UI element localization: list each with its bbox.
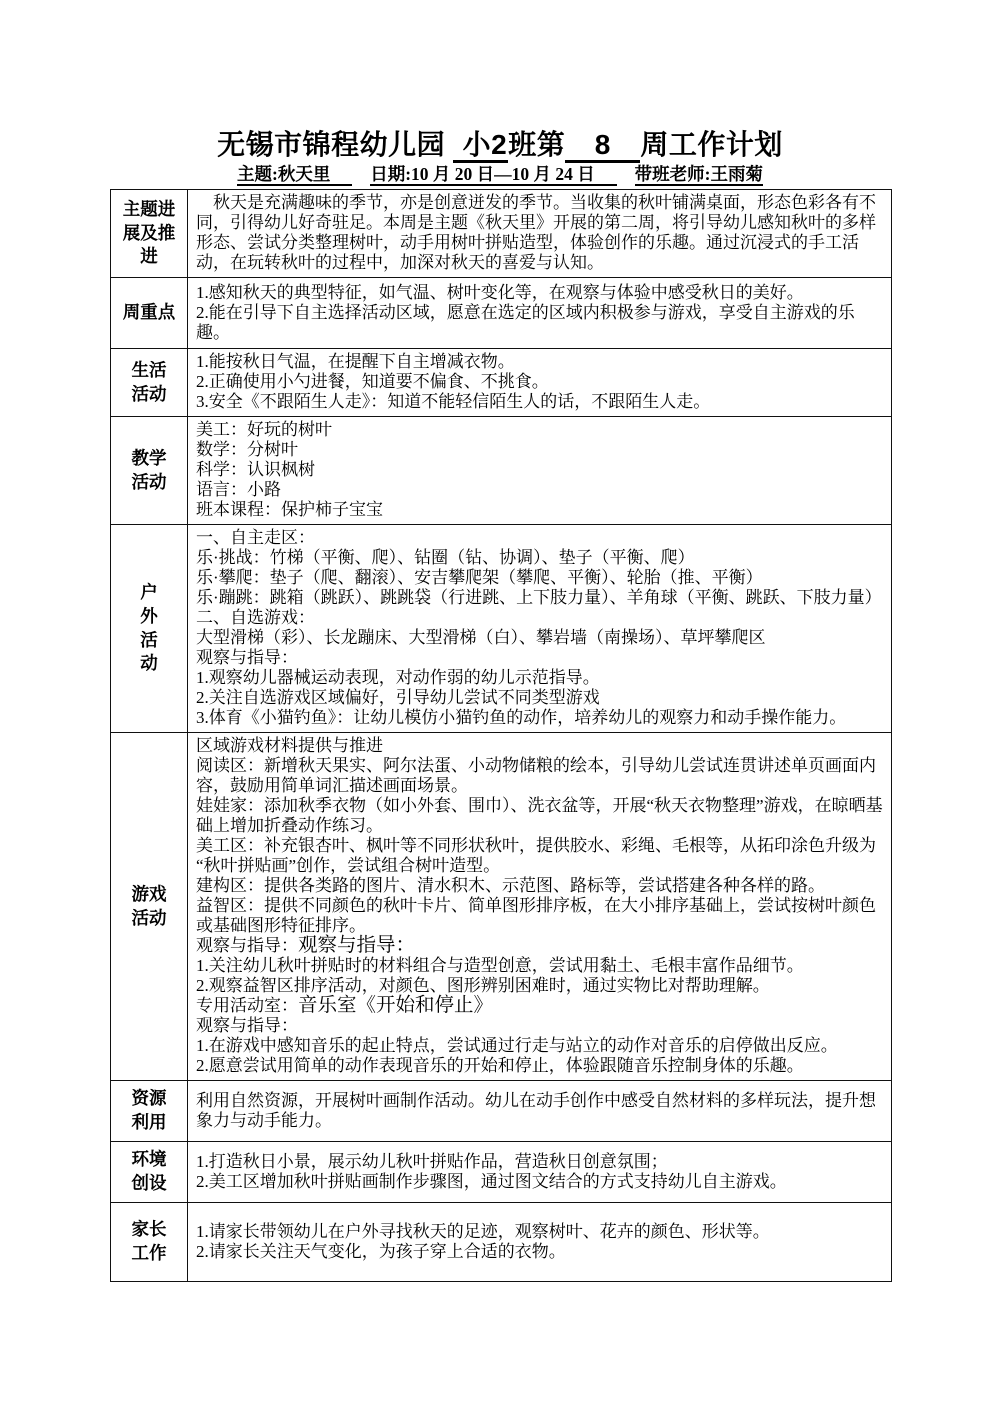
row-label: 家长 工作 (111, 1203, 188, 1282)
underlined-segment: 小2 (453, 129, 508, 163)
paragraph: 区域游戏材料提供与推进 (196, 736, 885, 756)
text-segment: 2.能在引导下自主选择活动区域，愿意在选定的区域内积极参与游戏，享受自主游戏的乐… (196, 303, 855, 342)
paragraph: 观察与指导： (196, 1016, 885, 1036)
paragraph: 观察与指导：观察与指导： (196, 936, 885, 956)
text-segment-large: 观察与指导： (298, 935, 415, 956)
text-segment: 1.请家长带领幼儿在户外寻找秋天的足迹，观察树叶、花卉的颜色、形状等。 (196, 1222, 770, 1241)
paragraph: 二、自选游戏： (196, 608, 885, 628)
text-segment: 建构区：提供各类路的图片、清水积木、示范图、路标等，尝试搭建各种各样的路。 (196, 876, 825, 895)
text-segment: 2.关注自选游戏区域偏好，引导幼儿尝试不同类型游戏 (196, 688, 600, 707)
paragraph: 建构区：提供各类路的图片、清水积木、示范图、路标等，尝试搭建各种各样的路。 (196, 876, 885, 896)
underlined-segment: 带班老师:王雨菊 (635, 164, 763, 186)
row-content: 1.感知秋天的典型特征，如气温、树叶变化等，在观察与体验中感受秋日的美好。2.能… (188, 278, 892, 349)
paragraph: 2.愿意尝试用简单的动作表现音乐的开始和停止，体验跟随音乐控制身体的乐趣。 (196, 1056, 885, 1076)
underlined-segment: 日期:10 月 20 日—10 月 24 日 (370, 164, 616, 186)
text-segment: 乐·蹦跳：跳箱（跳跃）、跳跳袋（行进跳、上下肢力量）、羊角球（平衡、跳跃、下肢力… (196, 588, 882, 607)
paragraph: 益智区：提供不同颜色的秋叶卡片、简单图形排序板，在大小排序基础上，尝试按树叶颜色… (196, 896, 885, 936)
paragraph: 2.美工区增加秋叶拼贴画制作步骤图，通过图文结合的方式支持幼儿自主游戏。 (196, 1172, 885, 1192)
paragraph: 美工：好玩的树叶 (196, 420, 885, 440)
row-label: 生活 活动 (111, 349, 188, 417)
row-label: 资源 利用 (111, 1081, 188, 1142)
weekly-plan-table: 主题进展及推进 秋天是充满趣味的季节，亦是创意迸发的季节。当收集的秋叶铺满桌面，… (110, 189, 892, 1282)
table-row-parent-work: 家长 工作 1.请家长带领幼儿在户外寻找秋天的足迹，观察树叶、花卉的颜色、形状等… (111, 1203, 892, 1282)
row-label: 户 外 活 动 (111, 525, 188, 733)
paragraph: 数学：分树叶 (196, 440, 885, 460)
paragraph: 专用活动室：音乐室《开始和停止》 (196, 996, 885, 1016)
row-label: 周重点 (111, 278, 188, 349)
row-label: 教学 活动 (111, 417, 188, 525)
text-segment: 班本课程：保护柿子宝宝 (196, 500, 383, 519)
text-segment: 二、自选游戏： (196, 608, 315, 627)
underlined-segment: 8 (565, 129, 640, 163)
text-segment: 2.美工区增加秋叶拼贴画制作步骤图，通过图文结合的方式支持幼儿自主游戏。 (196, 1172, 787, 1191)
paragraph: 1.感知秋天的典型特征，如气温、树叶变化等，在观察与体验中感受秋日的美好。 (196, 283, 885, 303)
paragraph: 1.打造秋日小景，展示幼儿秋叶拼贴作品，营造秋日创意氛围； (196, 1152, 885, 1172)
text-segment: 大型滑梯（彩）、长龙蹦床、大型滑梯（白）、攀岩墙（南操场）、草坪攀爬区 (196, 628, 766, 647)
row-content: 1.请家长带领幼儿在户外寻找秋天的足迹，观察树叶、花卉的颜色、形状等。2.请家长… (188, 1203, 892, 1282)
text-segment: 2.愿意尝试用简单的动作表现音乐的开始和停止，体验跟随音乐控制身体的乐趣。 (196, 1056, 804, 1075)
text-segment: 阅读区：新增秋天果实、阿尔法蛋、小动物储粮的绘本，引导幼儿尝试连贯讲述单页画面内… (196, 756, 876, 795)
paragraph: 观察与指导： (196, 648, 885, 668)
paragraph: 乐·蹦跳：跳箱（跳跃）、跳跳袋（行进跳、上下肢力量）、羊角球（平衡、跳跃、下肢力… (196, 588, 885, 608)
table-row-game-activities: 游戏 活动 区域游戏材料提供与推进阅读区：新增秋天果实、阿尔法蛋、小动物储粮的绘… (111, 733, 892, 1081)
text-segment: 语言：小路 (196, 480, 281, 499)
page-subtitle: 主题:秋天里 日期:10 月 20 日—10 月 24 日 带班老师:王雨菊 (0, 163, 1000, 185)
text-segment: 观察与指导： (196, 648, 298, 667)
row-label: 环境 创设 (111, 1142, 188, 1203)
text-segment: 2.观察益智区排序活动，对颜色、图形辨别困难时，通过实物比对帮助理解。 (196, 976, 770, 995)
paragraph: 3.安全《不跟陌生人走》：知道不能轻信陌生人的话，不跟陌生人走。 (196, 392, 885, 412)
text-segment: 周工作计划 (640, 129, 783, 160)
text-segment: 一、自主走区： (196, 528, 315, 547)
text-segment: 班第 (508, 129, 565, 160)
text-segment: 2.请家长关注天气变化，为孩子穿上合适的衣物。 (196, 1242, 566, 1261)
text-segment: 益智区：提供不同颜色的秋叶卡片、简单图形排序板，在大小排序基础上，尝试按树叶颜色… (196, 896, 876, 935)
table-row-resource-use: 资源 利用 利用自然资源，开展树叶画制作活动。幼儿在动手创作中感受自然材料的多样… (111, 1081, 892, 1142)
text-segment: 娃娃家：添加秋季衣物（如小外套、围巾）、洗衣盆等，开展“秋天衣物整理”游戏，在晾… (196, 796, 883, 835)
page: 无锡市锦程幼儿园 小2班第 8 周工作计划 主题:秋天里 日期:10 月 20 … (0, 0, 1000, 1401)
text-segment: 观察与指导： (196, 1016, 298, 1035)
text-segment-large: 音乐室《开始和停止》 (298, 995, 493, 1016)
table-row-week-focus: 周重点 1.感知秋天的典型特征，如气温、树叶变化等，在观察与体验中感受秋日的美好… (111, 278, 892, 349)
paragraph: 语言：小路 (196, 480, 885, 500)
text-segment: 利用自然资源，开展树叶画制作活动。幼儿在动手创作中感受自然材料的多样玩法，提升想… (196, 1091, 876, 1130)
paragraph: 娃娃家：添加秋季衣物（如小外套、围巾）、洗衣盆等，开展“秋天衣物整理”游戏，在晾… (196, 796, 885, 836)
text-segment: 乐·攀爬：垫子（爬、翻滚）、安吉攀爬架（攀爬、平衡）、轮胎（推、平衡） (196, 568, 763, 587)
text-segment: 3.安全《不跟陌生人走》：知道不能轻信陌生人的话，不跟陌生人走。 (196, 392, 710, 411)
paragraph: 1.能按秋日气温，在提醒下自主增减衣物。 (196, 352, 885, 372)
paragraph: 美工区：补充银杏叶、枫叶等不同形状秋叶，提供胶水、彩绳、毛根等，从拓印涂色升级为… (196, 836, 885, 876)
text-segment: 美工：好玩的树叶 (196, 420, 332, 439)
row-content: 区域游戏材料提供与推进阅读区：新增秋天果实、阿尔法蛋、小动物储粮的绘本，引导幼儿… (188, 733, 892, 1081)
row-content: 1.能按秋日气温，在提醒下自主增减衣物。2.正确使用小勺进餐，知道要不偏食、不挑… (188, 349, 892, 417)
text-segment: 1.关注幼儿秋叶拼贴时的材料组合与造型创意，尝试用黏土、毛根丰富作品细节。 (196, 956, 804, 975)
table-row-teaching-activities: 教学 活动 美工：好玩的树叶数学：分树叶科学：认识枫树语言：小路班本课程：保护柿… (111, 417, 892, 525)
text-segment: 区域游戏材料提供与推进 (196, 736, 383, 755)
text-segment: 1.感知秋天的典型特征，如气温、树叶变化等，在观察与体验中感受秋日的美好。 (196, 283, 804, 302)
table-row-outdoor-activities: 户 外 活 动 一、自主走区：乐·挑战：竹梯（平衡、爬）、钻圈（钻、协调）、垫子… (111, 525, 892, 733)
table-row-life-activities: 生活 活动 1.能按秋日气温，在提醒下自主增减衣物。2.正确使用小勺进餐，知道要… (111, 349, 892, 417)
row-content: 1.打造秋日小景，展示幼儿秋叶拼贴作品，营造秋日创意氛围；2.美工区增加秋叶拼贴… (188, 1142, 892, 1203)
text-segment: 乐·挑战：竹梯（平衡、爬）、钻圈（钻、协调）、垫子（平衡、爬） (196, 548, 695, 567)
text-segment: 2.正确使用小勺进餐，知道要不偏食、不挑食。 (196, 372, 549, 391)
text-segment: 1.能按秋日气温，在提醒下自主增减衣物。 (196, 352, 515, 371)
paragraph: 一、自主走区： (196, 528, 885, 548)
table-row-theme-progress: 主题进展及推进 秋天是充满趣味的季节，亦是创意迸发的季节。当收集的秋叶铺满桌面，… (111, 190, 892, 278)
text-segment: 专用活动室： (196, 996, 298, 1015)
paragraph: 乐·攀爬：垫子（爬、翻滚）、安吉攀爬架（攀爬、平衡）、轮胎（推、平衡） (196, 568, 885, 588)
paragraph: 2.正确使用小勺进餐，知道要不偏食、不挑食。 (196, 372, 885, 392)
row-content: 美工：好玩的树叶数学：分树叶科学：认识枫树语言：小路班本课程：保护柿子宝宝 (188, 417, 892, 525)
paragraph: 1.在游戏中感知音乐的起止特点，尝试通过行走与站立的动作对音乐的启停做出反应。 (196, 1036, 885, 1056)
paragraph: 乐·挑战：竹梯（平衡、爬）、钻圈（钻、协调）、垫子（平衡、爬） (196, 548, 885, 568)
paragraph: 大型滑梯（彩）、长龙蹦床、大型滑梯（白）、攀岩墙（南操场）、草坪攀爬区 (196, 628, 885, 648)
text-segment: 秋天是充满趣味的季节，亦是创意迸发的季节。当收集的秋叶铺满桌面，形态色彩各有不同… (196, 193, 876, 272)
paragraph: 2.观察益智区排序活动，对颜色、图形辨别困难时，通过实物比对帮助理解。 (196, 976, 885, 996)
table-row-environment-setup: 环境 创设 1.打造秋日小景，展示幼儿秋叶拼贴作品，营造秋日创意氛围；2.美工区… (111, 1142, 892, 1203)
text-segment: 3.体育《小猫钓鱼》：让幼儿模仿小猫钓鱼的动作，培养幼儿的观察力和动手操作能力。 (196, 708, 846, 727)
paragraph: 2.关注自选游戏区域偏好，引导幼儿尝试不同类型游戏 (196, 688, 885, 708)
paragraph: 秋天是充满趣味的季节，亦是创意迸发的季节。当收集的秋叶铺满桌面，形态色彩各有不同… (196, 193, 885, 273)
row-label: 游戏 活动 (111, 733, 188, 1081)
row-content: 利用自然资源，开展树叶画制作活动。幼儿在动手创作中感受自然材料的多样玩法，提升想… (188, 1081, 892, 1142)
text-segment: 无锡市锦程幼儿园 (217, 129, 453, 160)
text-segment: 观察与指导： (196, 936, 298, 955)
paragraph: 1.请家长带领幼儿在户外寻找秋天的足迹，观察树叶、花卉的颜色、形状等。 (196, 1222, 885, 1242)
page-title: 无锡市锦程幼儿园 小2班第 8 周工作计划 (0, 128, 1000, 162)
paragraph: 2.能在引导下自主选择活动区域，愿意在选定的区域内积极参与游戏，享受自主游戏的乐… (196, 303, 885, 343)
text-segment: 1.观察幼儿器械运动表现，对动作弱的幼儿示范指导。 (196, 668, 600, 687)
text-segment: 科学：认识枫树 (196, 460, 315, 479)
row-content: 一、自主走区：乐·挑战：竹梯（平衡、爬）、钻圈（钻、协调）、垫子（平衡、爬）乐·… (188, 525, 892, 733)
paragraph: 科学：认识枫树 (196, 460, 885, 480)
text-segment: 1.在游戏中感知音乐的起止特点，尝试通过行走与站立的动作对音乐的启停做出反应。 (196, 1036, 838, 1055)
text-segment: 数学：分树叶 (196, 440, 298, 459)
row-label: 主题进展及推进 (111, 190, 188, 278)
paragraph: 班本课程：保护柿子宝宝 (196, 500, 885, 520)
paragraph: 阅读区：新增秋天果实、阿尔法蛋、小动物储粮的绘本，引导幼儿尝试连贯讲述单页画面内… (196, 756, 885, 796)
underlined-segment: 主题:秋天里 (237, 164, 352, 186)
paragraph: 利用自然资源，开展树叶画制作活动。幼儿在动手创作中感受自然材料的多样玩法，提升想… (196, 1091, 885, 1131)
paragraph: 1.关注幼儿秋叶拼贴时的材料组合与造型创意，尝试用黏土、毛根丰富作品细节。 (196, 956, 885, 976)
paragraph: 1.观察幼儿器械运动表现，对动作弱的幼儿示范指导。 (196, 668, 885, 688)
paragraph: 3.体育《小猫钓鱼》：让幼儿模仿小猫钓鱼的动作，培养幼儿的观察力和动手操作能力。 (196, 708, 885, 728)
text-segment: 1.打造秋日小景，展示幼儿秋叶拼贴作品，营造秋日创意氛围； (196, 1152, 668, 1171)
text-segment: 美工区：补充银杏叶、枫叶等不同形状秋叶，提供胶水、彩绳、毛根等，从拓印涂色升级为… (196, 836, 876, 875)
paragraph: 2.请家长关注天气变化，为孩子穿上合适的衣物。 (196, 1242, 885, 1262)
row-content: 秋天是充满趣味的季节，亦是创意迸发的季节。当收集的秋叶铺满桌面，形态色彩各有不同… (188, 190, 892, 278)
plan-table-body: 主题进展及推进 秋天是充满趣味的季节，亦是创意迸发的季节。当收集的秋叶铺满桌面，… (111, 190, 892, 1282)
